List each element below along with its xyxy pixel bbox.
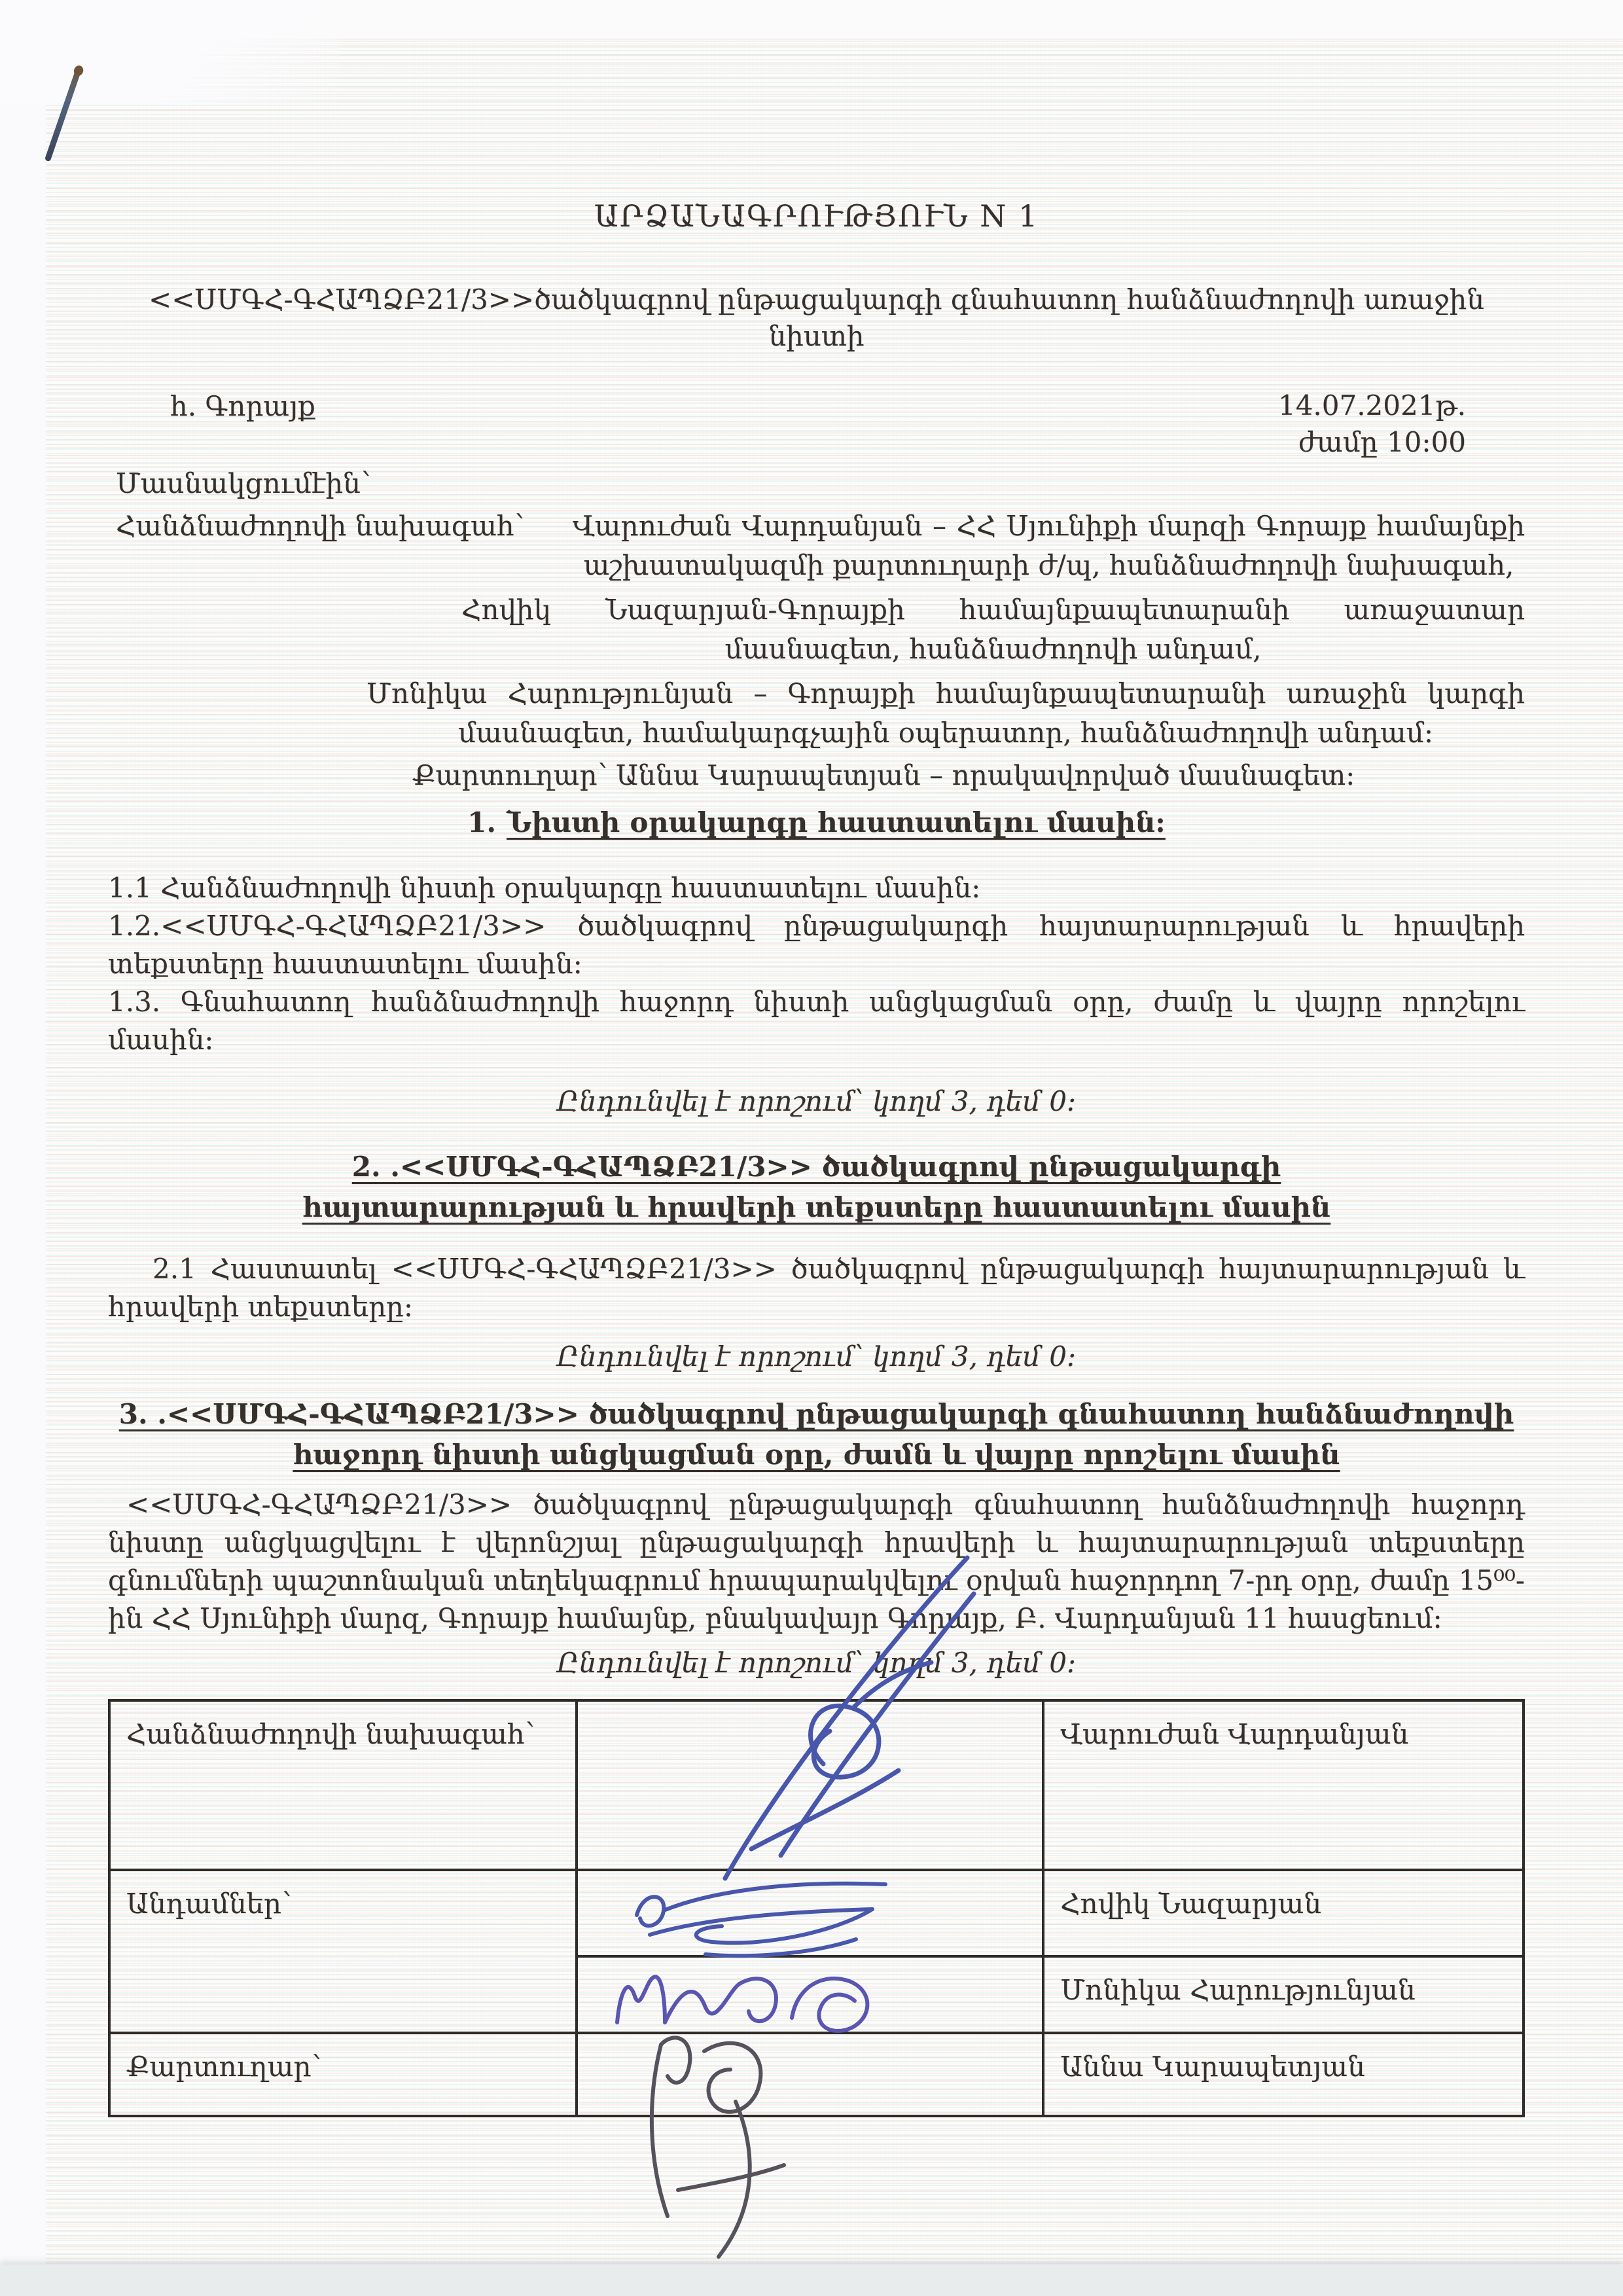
document-content: ԱՐՁԱՆԱԳՐՈՒԹՅՈՒՆ N 1 <<ՍՄԳՀ-ԳՀԱՊՁԲ21/3>>ծ… [108,0,1525,2117]
meeting-date: 14.07.2021թ. [1278,387,1466,424]
page-subtitle: <<ՍՄԳՀ-ԳՀԱՊՁԲ21/3>>ծածկագրով ընթացակարգի… [108,281,1525,355]
signature-name-chairman: Վարուժան Վարդանյան [1043,1700,1524,1870]
agenda-heading-number: 1. [467,806,496,838]
signature-cell-member-1 [577,1870,1044,1956]
signature-cell-member-2 [577,1956,1044,2033]
meeting-time: ժամը 10:00 [1278,424,1466,461]
signature-cell-chairman [577,1700,1044,1870]
section2-heading: 2. .<<ՍՄԳՀ-ԳՀԱՊՁԲ21/3>> ծածկագրով ընթացա… [241,1147,1393,1228]
agenda-list: 1.1 Հանձնաժողովի նիստի օրակարգը հաստատել… [108,869,1525,1059]
signature-row-member-1: Անդամներ՝ Հովիկ Նազարյան [109,1870,1524,1956]
signature-label-chairman: Հանձնաժողովի նախագահ՝ [109,1700,577,1870]
signature-vardanyan [689,1548,1003,1888]
signature-cell-secretary [577,2033,1044,2116]
signature-table: Հանձնաժողովի նախագահ՝ Վարուժան Վարդանյան… [108,1699,1525,2117]
signature-name-member-1: Հովիկ Նազարյան [1043,1870,1524,1956]
signature-label-secretary: Քարտուղար՝ [109,2033,577,2116]
meeting-place: հ. Գորայք [170,387,315,425]
signature-karapetyan [620,2026,830,2269]
signature-name-member-2: Մոնիկա Հարությունյան [1043,1956,1524,2033]
section3-heading: 3. .<<ՍՄԳՀ-ԳՀԱՊՁԲ21/3>> ծածկագրով ընթացա… [108,1394,1525,1475]
participant-chairman: Վարուժան Վարդանյան – ՀՀ Սյունիքի մարզի Գ… [573,507,1525,585]
meeting-datetime: 14.07.2021թ. ժամը 10:00 [1278,387,1466,461]
page-title: ԱՐՁԱՆԱԳՐՈՒԹՅՈՒՆ N 1 [108,0,1525,236]
section2-heading-text: 2. .<<ՍՄԳՀ-ԳՀԱՊՁԲ21/3>> ծածկագրով ընթացա… [302,1151,1330,1223]
scan-edge-left [0,0,46,2296]
agenda-heading: 1.Նիստի օրակարգը հաստատելու մասին: [108,802,1525,843]
agenda-item-2: 1.2.<<ՍՄԳՀ-ԳՀԱՊՁԲ21/3>> ծածկագրով ընթացա… [108,907,1525,983]
agenda-heading-text: Նիստի օրակարգը հաստատելու մասին: [507,806,1166,838]
signature-name-secretary: Աննա Կարապետյան [1043,2033,1524,2116]
participants-label: Մասնակցումէին՝ [116,465,1525,503]
participant-member-1: Հովիկ Նազարյան-Գորայքի համայնքապետարանի … [461,590,1525,669]
decision-line-1: Ընդունվել է որոշում՝ կողմ 3, դեմ 0: [108,1083,1525,1121]
chair-label: Հանձնաժողովի նախագահ՝ [116,507,524,546]
secretary-line: Քարտուղար՝ Աննա Կարապետյան – որակավորված… [412,757,1525,795]
signature-row-secretary: Քարտուղար՝ Աննա Կարապետյան [109,2033,1524,2116]
section2-body: 2.1 Հաստատել <<ՍՄԳՀ-ԳՀԱՊՁԲ21/3>> ծածկագր… [108,1250,1525,1326]
decision-line-2: Ընդունվել է որոշում՝ կողմ 3, դեմ 0: [108,1338,1525,1376]
signature-row-chairman: Հանձնաժողովի նախագահ՝ Վարուժան Վարդանյան [109,1700,1524,1870]
participant-member-2: Մոնիկա Հարությունյան – Գորայքի համայնքապ… [366,674,1525,753]
agenda-item-1: 1.1 Հանձնաժողովի նիստի օրակարգը հաստատել… [108,869,1525,907]
participants-block: Հանձնաժողովի նախագահ՝ Վարուժան Վարդանյան… [108,507,1525,753]
agenda-item-3: 1.3. Գնահատող հանձնաժողովի հաջորդ նիստի … [108,983,1525,1059]
scan-edge-bottom [0,2265,1623,2296]
scanned-protocol-page: ԱՐՁԱՆԱԳՐՈՒԹՅՈՒՆ N 1 <<ՍՄԳՀ-ԳՀԱՊՁԲ21/3>>ծ… [0,0,1623,2296]
section3-heading-text: 3. .<<ՍՄԳՀ-ԳՀԱՊՁԲ21/3>> ծածկագրով ընթացա… [119,1398,1514,1471]
signature-harutyunyan [601,1947,889,2039]
meta-row: հ. Գորայք 14.07.2021թ. ժամը 10:00 [108,387,1525,461]
signature-label-members: Անդամներ՝ [109,1870,577,2033]
